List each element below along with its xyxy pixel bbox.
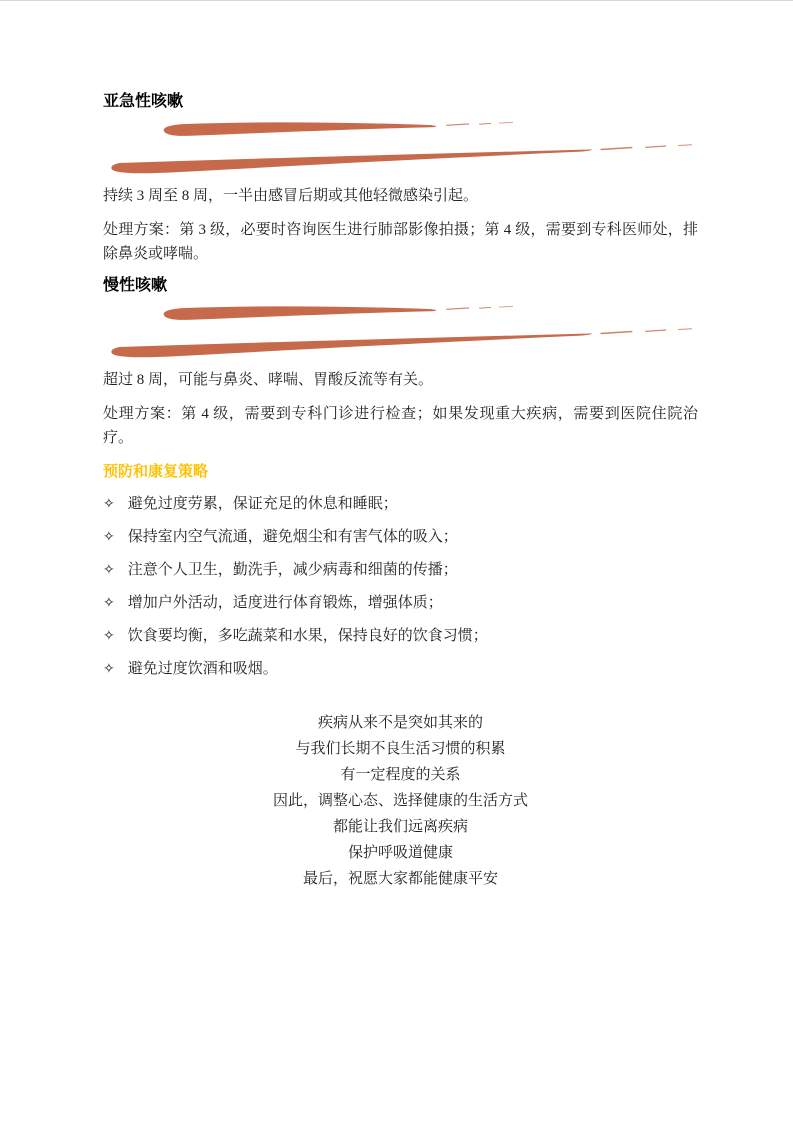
diamond-bullet-icon: ✧ [103, 560, 115, 580]
section-subacute-cough: 亚急性咳嗽 持续 3 周至 8 周，一半由感冒后期或其他轻微感染引起。 处理方案… [103, 92, 698, 266]
brush-short-stroke [164, 122, 437, 136]
list-item-text: 避免过度劳累，保证充足的休息和睡眠； [128, 494, 398, 514]
list-item-text: 避免过度饮酒和吸烟。 [128, 659, 278, 679]
subacute-duration-text: 持续 3 周至 8 周，一半由感冒后期或其他轻微感染引起。 [103, 184, 698, 208]
list-item: ✧ 保持室内空气流通，避免烟尘和有害气体的吸入； [103, 527, 698, 547]
prevention-bullet-list: ✧ 避免过度劳累，保证充足的休息和睡眠； ✧ 保持室内空气流通，避免烟尘和有害气… [103, 494, 698, 679]
list-item-text: 保持室内空气流通，避免烟尘和有害气体的吸入； [128, 527, 458, 547]
brush-short-stroke [164, 306, 437, 320]
diamond-bullet-icon: ✧ [103, 593, 115, 613]
section-prevention: 预防和康复策略 ✧ 避免过度劳累，保证充足的休息和睡眠； ✧ 保持室内空气流通，… [103, 462, 698, 679]
brush-long-dash-3 [678, 144, 692, 146]
subacute-treatment-text: 处理方案：第 3 级，必要时咨询医生进行肺部影像拍摄；第 4 级，需要到专科医师… [103, 218, 698, 266]
brush-long-dash-1 [601, 147, 633, 150]
brush-long-dash-2 [645, 145, 666, 148]
chronic-treatment-text: 处理方案：第 4 级，需要到专科门诊进行检查；如果发现重大疾病，需要到医院住院治… [103, 402, 698, 450]
brush-stroke-graphic [103, 302, 700, 364]
list-item-text: 饮食要均衡，多吃蔬菜和水果，保持良好的饮食习惯； [128, 626, 488, 646]
brush-long-dash-3 [678, 328, 692, 330]
poem-line: 都能让我们远离疾病 [103, 814, 698, 840]
chronic-duration-text: 超过 8 周，可能与鼻炎、哮喘、胃酸反流等有关。 [103, 368, 698, 392]
closing-poem: 疾病从来不是突如其来的 与我们长期不良生活习惯的积累 有一定程度的关系 因此，调… [103, 710, 698, 892]
document-page: 亚急性咳嗽 持续 3 周至 8 周，一半由感冒后期或其他轻微感染引起。 处理方案… [0, 0, 793, 1122]
list-item-text: 增加户外活动，适度进行体育锻炼，增强体质； [128, 593, 443, 613]
brush-short-dash-3 [499, 122, 513, 124]
poem-line: 与我们长期不良生活习惯的积累 [103, 736, 698, 762]
subacute-cough-heading: 亚急性咳嗽 [103, 92, 698, 112]
list-item: ✧ 避免过度饮酒和吸烟。 [103, 659, 698, 679]
prevention-heading: 预防和康复策略 [103, 462, 698, 482]
list-item-text: 注意个人卫生，勤洗手，减少病毒和细菌的传播； [128, 560, 458, 580]
poem-line: 保护呼吸道健康 [103, 840, 698, 866]
chronic-cough-heading: 慢性咳嗽 [103, 276, 698, 296]
diamond-bullet-icon: ✧ [103, 626, 115, 646]
diamond-bullet-icon: ✧ [103, 659, 115, 679]
brush-stroke-graphic [103, 118, 700, 180]
brush-short-dash-1 [446, 123, 469, 126]
brush-short-dash-1 [446, 307, 469, 310]
brush-long-dash-1 [601, 331, 633, 334]
diamond-bullet-icon: ✧ [103, 494, 115, 514]
list-item: ✧ 注意个人卫生，勤洗手，减少病毒和细菌的传播； [103, 560, 698, 580]
brush-long-stroke [111, 333, 592, 357]
brush-long-stroke [111, 149, 592, 173]
poem-line: 有一定程度的关系 [103, 762, 698, 788]
poem-line: 最后，祝愿大家都能健康平安 [103, 866, 698, 892]
brush-short-dash-3 [499, 306, 513, 308]
poem-line: 因此，调整心态、选择健康的生活方式 [103, 788, 698, 814]
list-item: ✧ 增加户外活动，适度进行体育锻炼，增强体质； [103, 593, 698, 613]
diamond-bullet-icon: ✧ [103, 527, 115, 547]
brush-long-dash-2 [645, 329, 666, 332]
poem-line: 疾病从来不是突如其来的 [103, 710, 698, 736]
brush-short-dash-2 [479, 307, 491, 309]
section-chronic-cough: 慢性咳嗽 超过 8 周，可能与鼻炎、哮喘、胃酸反流等有关。 处理方案：第 4 级… [103, 276, 698, 450]
list-item: ✧ 饮食要均衡，多吃蔬菜和水果，保持良好的饮食习惯； [103, 626, 698, 646]
brush-short-dash-2 [479, 123, 491, 125]
list-item: ✧ 避免过度劳累，保证充足的休息和睡眠； [103, 494, 698, 514]
